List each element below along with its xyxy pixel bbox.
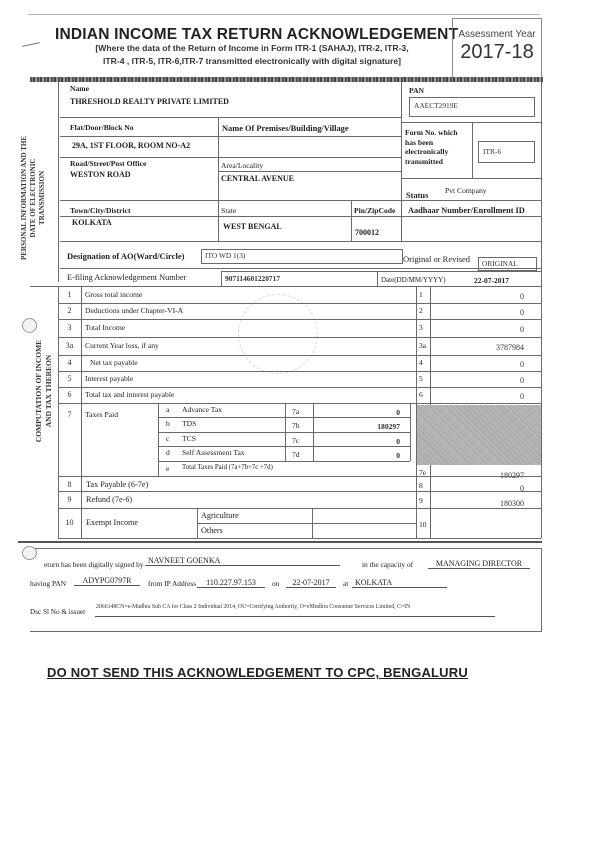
assessment-year-label: Assessment Year — [453, 29, 541, 40]
tax-item-letter: a — [166, 405, 169, 414]
section-border — [541, 548, 542, 632]
row-label: Net tax payable — [90, 358, 138, 367]
tax-item-value: 0 — [315, 437, 400, 446]
row-divider — [58, 303, 541, 304]
dsc-label: Dsc Sl No & issuer — [30, 608, 86, 616]
row-label: Interest payable — [85, 374, 133, 383]
document-subtitle: [Where the data of the Return of Income … — [62, 42, 442, 68]
divider — [81, 286, 82, 538]
row-ref: 10 — [419, 520, 427, 529]
aadhaar-label: Aadhaar Number/Enrollment ID — [408, 206, 525, 215]
row-label: Total tax and interest payable — [85, 390, 174, 399]
tax-item-label: TDS — [182, 419, 196, 428]
tax-item-ref: 7a — [292, 407, 299, 416]
row-label: Current Year loss, if any — [85, 341, 159, 350]
page-top-edge — [28, 14, 540, 15]
tax-item-letter: d — [166, 448, 170, 457]
section-divider — [30, 631, 542, 632]
pan-field: AAECT2919E — [409, 97, 535, 117]
form-no-field: ITR-6 — [478, 141, 535, 163]
section-divider — [18, 541, 542, 543]
section-border — [541, 286, 542, 538]
row-divider — [58, 491, 541, 492]
row-number: 3a — [58, 341, 81, 350]
row-ref: 6 — [419, 390, 423, 399]
assessment-year-box: Assessment Year 2017-18 — [452, 18, 542, 82]
punch-hole — [22, 318, 37, 333]
punch-hole — [22, 546, 37, 560]
row-ref: 3a — [419, 341, 426, 350]
row-divider — [58, 355, 541, 356]
row-ref: 5 — [419, 374, 423, 383]
divider — [60, 117, 402, 118]
pin-value: 700012 — [355, 228, 379, 237]
premises-label: Name Of Premises/Building/Village — [222, 124, 349, 133]
ack-label: E-filing Acknowledgement Number — [67, 273, 186, 282]
row-divider — [58, 319, 541, 320]
row-divider — [58, 371, 541, 372]
row-ref: 9 — [419, 496, 423, 505]
footer-note: DO NOT SEND THIS ACKNOWLEDGEMENT TO CPC,… — [47, 665, 468, 680]
divider — [158, 403, 159, 476]
exempt-others-label: Others — [201, 526, 223, 535]
divider — [60, 241, 541, 242]
road-value: WESTON ROAD — [70, 170, 131, 179]
at-label: at — [343, 579, 348, 588]
row-value: 180300 — [432, 499, 524, 508]
ao-label: Designation of AO(Ward/Circle) — [67, 251, 184, 261]
divider — [410, 403, 411, 461]
dsc-value: 2066148CN=e-Mudhra Sub CA for Class 2 In… — [96, 604, 410, 610]
row-label: Refund (7e-6) — [86, 495, 132, 504]
personal-section-label: PERSONAL INFORMATION AND THE DATE OF ELE… — [20, 123, 50, 273]
area-label: Area/Locality — [221, 161, 263, 170]
row-ref: 8 — [419, 481, 423, 490]
flat-label: Flat/Door/Block No — [70, 123, 134, 132]
row-label: Total Income — [85, 323, 125, 332]
divider — [60, 268, 541, 269]
row-divider — [58, 403, 541, 404]
divider — [60, 157, 402, 158]
section-divider — [30, 286, 541, 287]
row-value: 0 — [432, 308, 524, 317]
divider — [401, 82, 402, 242]
signed-by-label: eturn has been digitally signed by — [44, 560, 144, 569]
row-number: 7 — [58, 410, 81, 419]
divider — [60, 216, 541, 217]
row-value: 0 — [432, 392, 524, 401]
divider — [218, 171, 402, 172]
row-label: Tax Payable (6-7e) — [86, 480, 148, 489]
tax-total-label: Total Taxes Paid (7a+7b+7c +7d) — [182, 464, 273, 471]
assessment-year-value: 2017-18 — [453, 41, 541, 64]
subtitle-line-1: [Where the data of the Return of Income … — [62, 42, 442, 55]
computation-section-label: COMPUTATION OF INCOME AND TAX THEREON — [34, 326, 56, 456]
row-divider — [58, 476, 541, 477]
row-divider — [158, 461, 410, 462]
form-no-label: Form No. which has been electronically t… — [405, 128, 458, 166]
row-divider — [58, 337, 541, 338]
status-value: Pvt Company — [445, 186, 487, 195]
signer-pan: ADYPG0797R — [74, 576, 140, 586]
row-label: Gross total income — [85, 290, 142, 299]
divider — [472, 122, 473, 178]
row-number: 9 — [58, 495, 81, 504]
row-ref: 3 — [419, 323, 423, 332]
row-ref: 4 — [419, 358, 423, 367]
tax-item-label: Self Assessment Tax — [182, 448, 245, 457]
row-divider — [158, 417, 410, 418]
row-value: 0 — [432, 360, 524, 369]
emblem-watermark — [238, 294, 318, 374]
row-number: 3 — [58, 323, 81, 332]
status-label: Status — [406, 191, 428, 200]
row-number: 4 — [58, 358, 81, 367]
ao-field: ITO WD 1(3) — [201, 249, 403, 264]
divider — [351, 200, 352, 241]
state-label: State — [221, 206, 236, 215]
row-divider — [197, 523, 416, 524]
tax-item-ref: 7b — [292, 421, 300, 430]
tax-item-label: TCS — [182, 434, 196, 443]
row-ref: 1 — [419, 290, 423, 299]
row-number: 1 — [58, 290, 81, 299]
date-value: 22-07-2017 — [474, 276, 509, 285]
tax-item-label: Advance Tax — [182, 405, 222, 414]
row-divider — [58, 387, 541, 388]
dsc-underline — [95, 616, 495, 617]
tax-item-ref: 7c — [292, 436, 299, 445]
name-label: Name — [70, 84, 89, 93]
row-label: Exempt Income — [86, 518, 138, 527]
pin-label: Pin/ZipCode — [354, 206, 395, 215]
signer-pan-label: having PAN — [30, 579, 66, 588]
signed-place: KOLKATA — [352, 578, 447, 588]
ack-field: 907114601220717 — [221, 271, 379, 287]
flat-value: 29A, 1ST FLOOR, ROOM NO-A2 — [72, 141, 190, 150]
area-value: CENTRAL AVENUE — [221, 174, 294, 183]
ip-address: 110.227.97.153 — [197, 578, 265, 588]
signer-name: NAVNEET GOENKA — [145, 556, 340, 566]
pan-label: PAN — [409, 86, 424, 95]
pen-mark — [22, 42, 40, 47]
tax-item-letter: c — [166, 434, 169, 443]
ip-label: from IP Address — [148, 579, 196, 588]
date-label: Date(DD/MM/YYYY) — [381, 276, 446, 284]
divider — [402, 178, 541, 179]
row-ref: 2 — [419, 306, 423, 315]
signed-date: 22-07-2017 — [286, 578, 336, 588]
town-value: KOLKATA — [72, 218, 112, 227]
section-divider — [30, 548, 542, 549]
tax-item-value: 0 — [315, 408, 400, 417]
row-value: 0 — [432, 325, 524, 334]
tax-item-value: 180297 — [315, 422, 400, 431]
shaded-block — [417, 405, 541, 465]
signer-capacity: MANAGING DIRECTOR — [428, 559, 530, 569]
header-divider-bar — [30, 77, 543, 82]
road-label: Road/Street/Post Office — [70, 159, 146, 168]
row-divider — [158, 432, 410, 433]
name-value: THRESHOLD REALTY PRIVATE LIMITED — [70, 97, 229, 106]
capacity-label: in the capacity of — [362, 560, 413, 569]
row-value: 0 — [432, 376, 524, 385]
tax-item-ref: 7d — [292, 450, 300, 459]
section-border — [58, 82, 59, 282]
tax-item-value: 0 — [315, 451, 400, 460]
row-divider — [58, 538, 541, 539]
row-divider — [158, 446, 410, 447]
subtitle-line-2: ITR-4 , ITR-5, ITR-6,ITR-7 transmitted e… — [62, 55, 442, 68]
divider — [60, 136, 402, 137]
divider — [60, 200, 541, 201]
row-number: 10 — [58, 518, 81, 527]
row-number: 8 — [58, 480, 81, 489]
row-divider — [58, 508, 541, 509]
row-number: 2 — [58, 306, 81, 315]
row-value: 3787984 — [432, 343, 524, 352]
exempt-agri-label: Agriculture — [201, 511, 239, 520]
row-label: Taxes Paid — [85, 410, 118, 419]
town-label: Town/City/District — [70, 206, 130, 215]
row-value: 0 — [432, 292, 524, 301]
tax-total-letter: e — [166, 464, 169, 473]
original-revised-label: Original or Revised — [403, 254, 470, 264]
row-number: 6 — [58, 390, 81, 399]
state-value: WEST BENGAL — [223, 222, 282, 231]
tax-item-letter: b — [166, 419, 170, 428]
section-border — [541, 82, 542, 282]
row-label: Deductions under Chapter-VI-A — [85, 306, 183, 315]
on-label: on — [272, 579, 279, 588]
row-number: 5 — [58, 374, 81, 383]
